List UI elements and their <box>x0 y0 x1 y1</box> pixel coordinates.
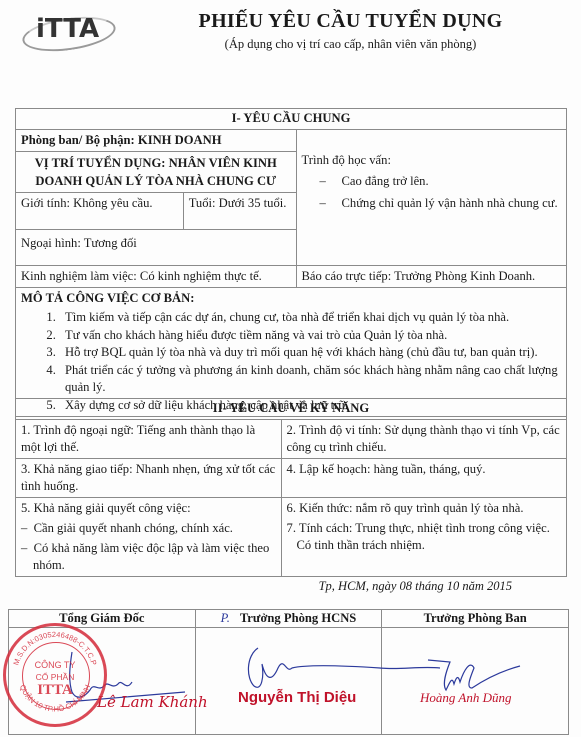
job-task: Tư vấn cho khách hàng hiểu được tiềm năn… <box>59 327 561 345</box>
hr-signature-stroke <box>248 648 440 687</box>
skill-item: 6. Kiến thức: nắm rõ quy trình quản lý t… <box>287 500 561 517</box>
skill-item: 1. Trình độ ngoại ngữ: Tiếng anh thành t… <box>16 420 282 459</box>
document-subtitle: (Áp dụng cho vị trí cao cấp, nhân viên v… <box>120 37 581 52</box>
skills-table: II- YÊU CẦU VỀ KỸ NĂNG 1. Trình độ ngoại… <box>15 398 567 577</box>
document-title: PHIẾU YÊU CẦU TUYỂN DỤNG <box>120 10 581 33</box>
date-line: Tp, HCM, ngày 08 tháng 10 năm 2015 <box>0 579 512 594</box>
stamp-line1: CÔNG TY <box>6 660 104 670</box>
section1-heading: I- YÊU CẦU CHUNG <box>16 109 567 130</box>
position-title: VỊ TRÍ TUYỂN DỤNG: NHÂN VIÊN KINH DOANH … <box>16 152 297 193</box>
skill-item: 2. Trình độ vi tính: Sử dụng thành thạo … <box>281 420 566 459</box>
experience-field: Kinh nghiệm làm việc: Có kinh nghiệm thự… <box>16 266 297 288</box>
dept-name: Hoàng Anh Dũng <box>420 690 511 706</box>
stamp-line2: CỔ PHẦN <box>6 672 104 682</box>
skill-item-knowledge-personality: 6. Kiến thức: nắm rõ quy trình quản lý t… <box>281 498 566 577</box>
gender-field: Giới tính: Không yêu cầu. <box>16 193 184 230</box>
skill-label: 5. Khả năng giải quyết công việc: <box>21 500 276 517</box>
education-item: Cao đẳng trở lên. <box>320 173 562 190</box>
skill-subitem: – Cần giải quyết nhanh chóng, chính xác. <box>21 520 276 537</box>
age-field: Tuổi: Dưới 35 tuổi. <box>183 193 296 230</box>
education-list: Cao đẳng trở lên. Chứng chỉ quản lý vận … <box>302 173 562 212</box>
document-header: PHIẾU YÊU CẦU TUYỂN DỤNG (Áp dụng cho vị… <box>0 10 581 52</box>
education-cell: Trình độ học vấn: Cao đẳng trở lên. Chứn… <box>296 130 567 266</box>
skill-item: 3. Khả năng giao tiếp: Nhanh nhẹn, ứng x… <box>16 459 282 498</box>
hr-name: Nguyễn Thị Diệu <box>238 689 356 706</box>
section2-heading: II- YÊU CẦU VỀ KỸ NĂNG <box>16 399 567 420</box>
skill-item-problem-solving: 5. Khả năng giải quyết công việc: – Cần … <box>16 498 282 577</box>
general-requirements-table: I- YÊU CẦU CHUNG Phòng ban/ Bộ phận: KIN… <box>15 108 567 417</box>
job-description-heading: MÔ TẢ CÔNG VIỆC CƠ BẢN: <box>21 290 561 307</box>
stamp-line3: ITTA <box>6 682 104 699</box>
skill-item: 7. Tính cách: Trung thực, nhiệt tình tro… <box>287 520 561 554</box>
ceo-name: Lê Lam Khánh <box>97 693 208 711</box>
dept-signature-stroke <box>428 660 520 690</box>
department-field: Phòng ban/ Bộ phận: KINH DOANH <box>16 130 297 152</box>
skill-subitem: – Có khả năng làm việc độc lập và làm vi… <box>21 540 276 574</box>
education-label: Trình độ học vấn: <box>302 152 562 169</box>
education-item: Chứng chỉ quản lý vận hành nhà chung cư. <box>320 195 562 212</box>
company-stamp: M.S.D.N:0305246488-C.T.C.P QUẬN 10 TP.HỒ… <box>3 623 107 727</box>
report-to-field: Báo cáo trực tiếp: Trưởng Phòng Kinh Doa… <box>296 266 567 288</box>
job-task: Hỗ trợ BQL quản lý tòa nhà và duy trì mố… <box>59 344 561 362</box>
skill-item: 4. Lập kế hoạch: hàng tuần, tháng, quý. <box>281 459 566 498</box>
job-task: Phát triển các ý tưởng và phương án kinh… <box>59 362 561 397</box>
job-task: Tìm kiếm và tiếp cận các dự án, chung cư… <box>59 309 561 327</box>
appearance-field: Ngoại hình: Tương đối <box>16 230 297 266</box>
